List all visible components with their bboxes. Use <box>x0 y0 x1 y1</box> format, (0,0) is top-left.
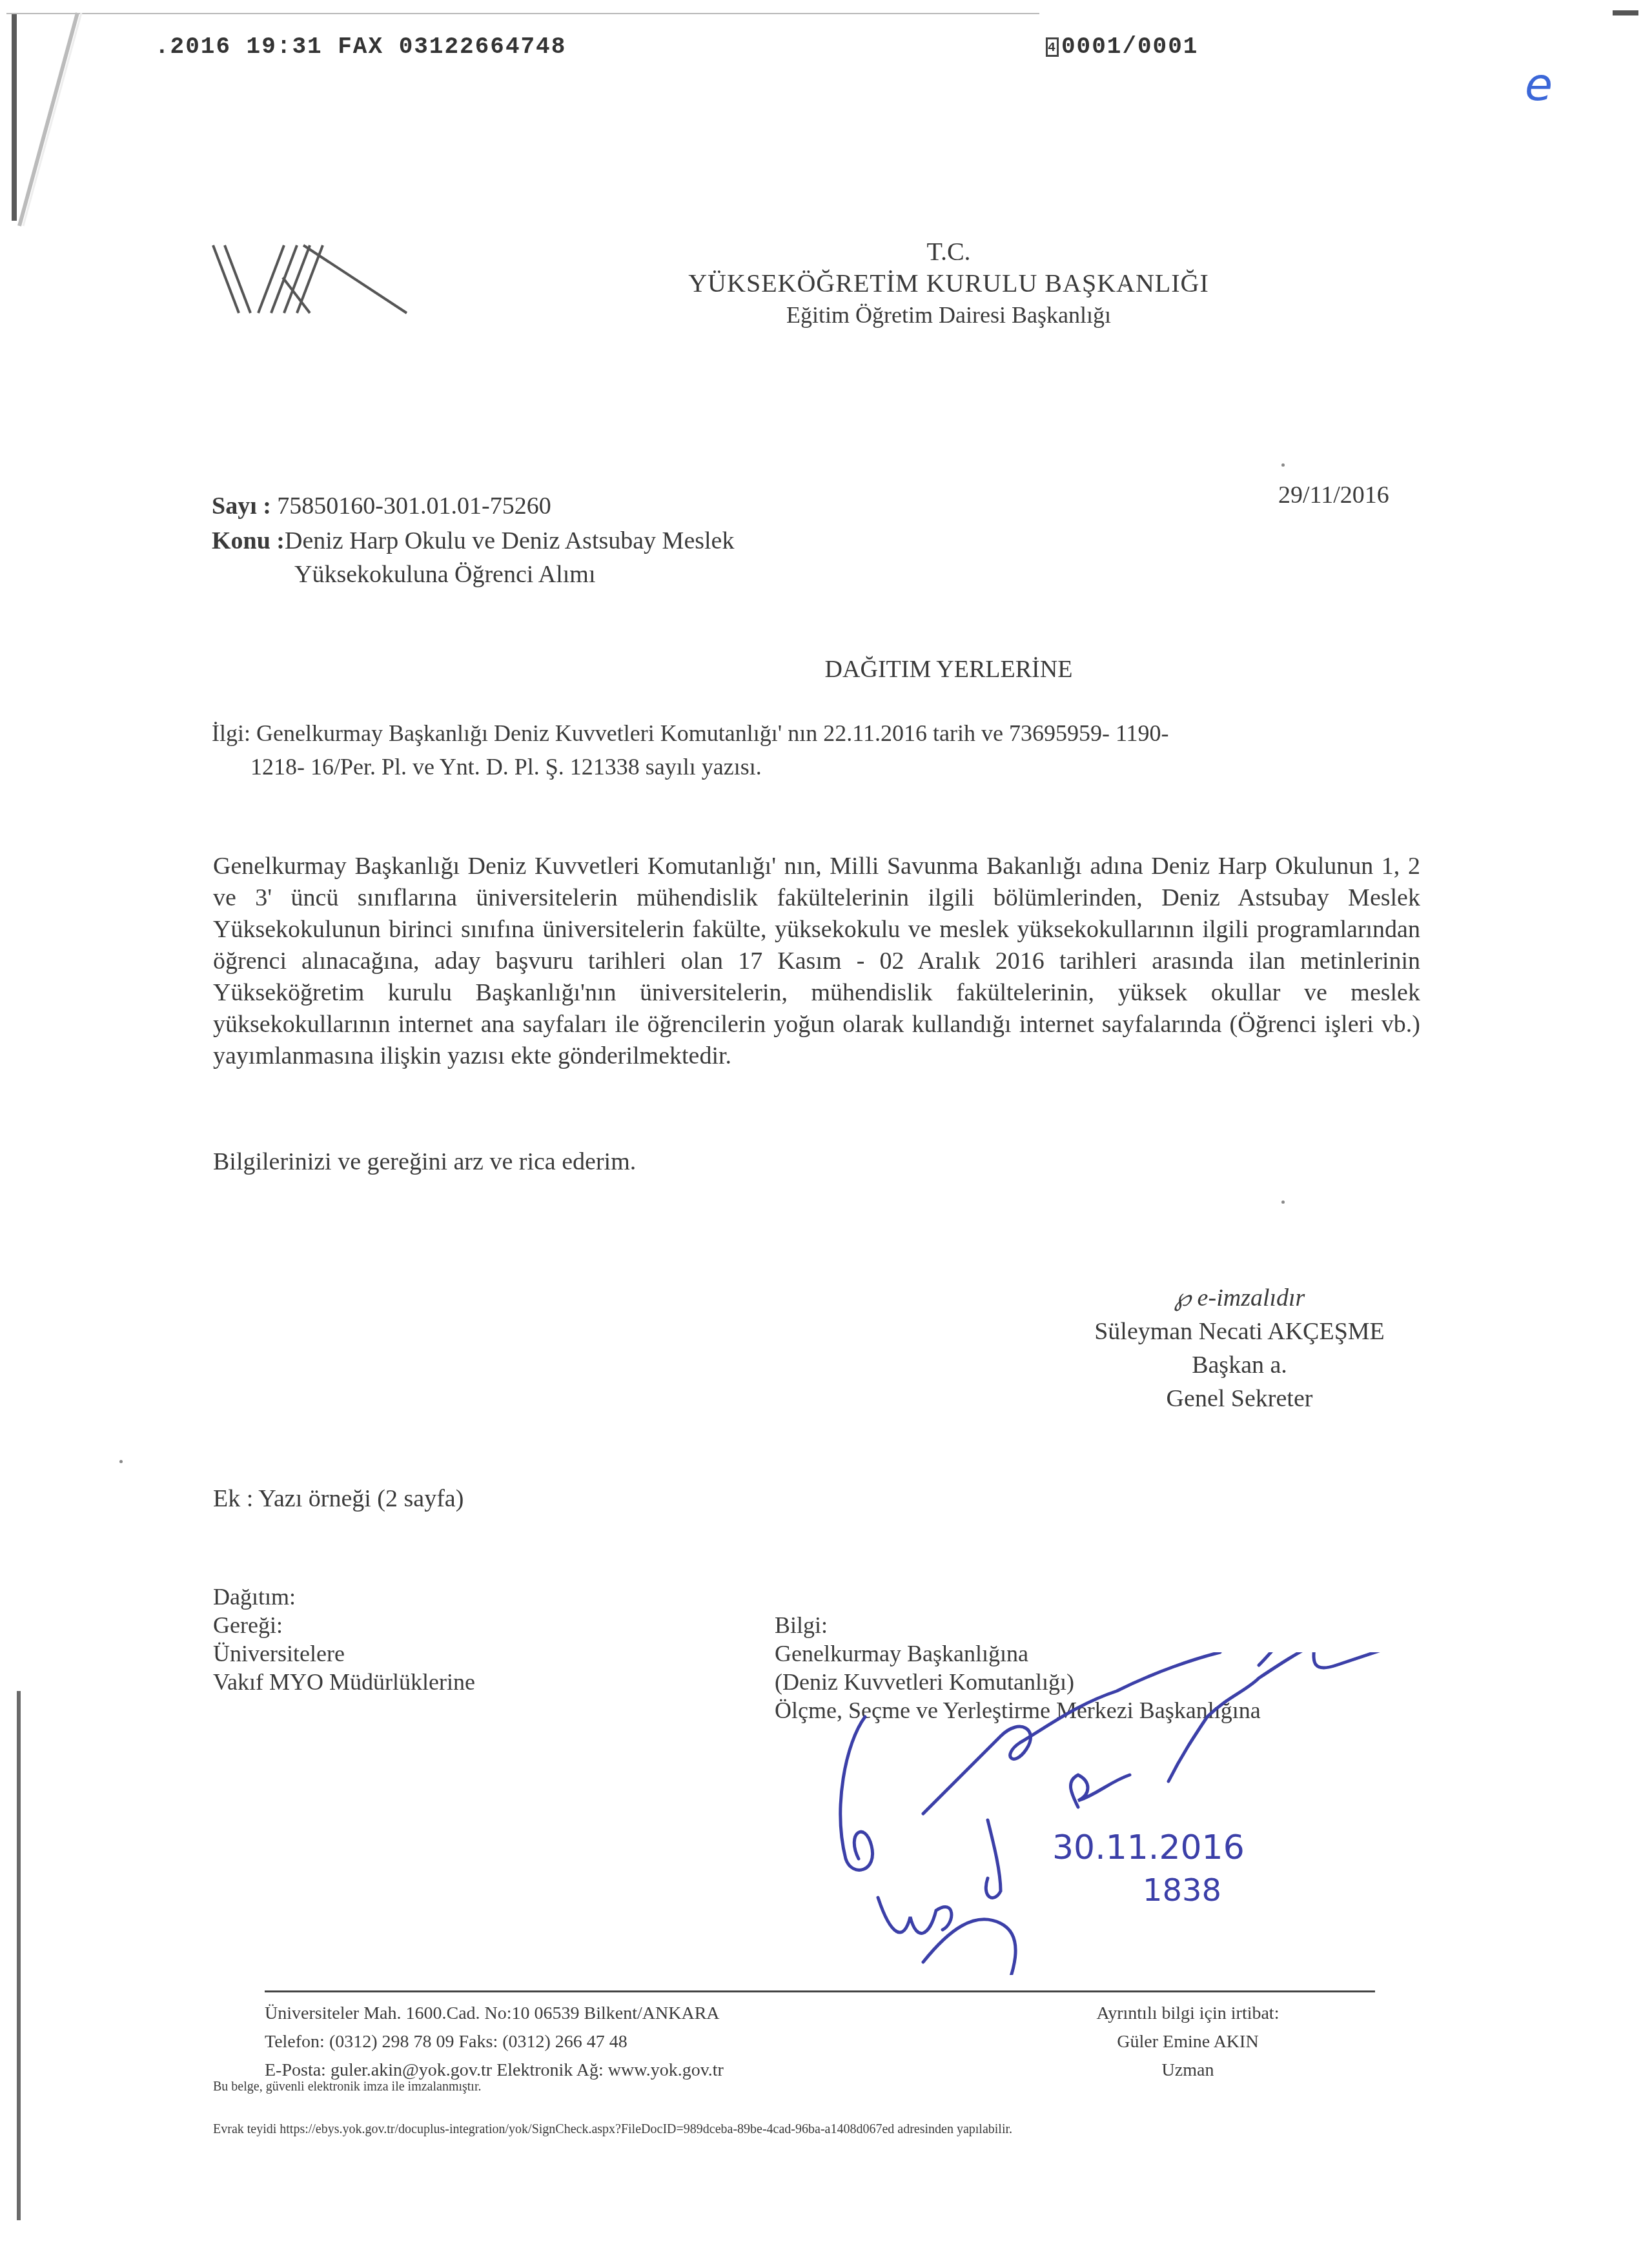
handwritten-mark: e <box>1525 58 1553 111</box>
subject: Konu :Deniz Harp Okulu ve Deniz Astsubay… <box>212 524 735 558</box>
fax-timestamp: .2016 19:31 FAX 03122664748 <box>155 34 566 60</box>
e-signature-line: ℘ e-imzalıdır <box>1039 1281 1440 1315</box>
letterhead-institution: YÜKSEKÖĞRETİM KURULU BAŞKANLIĞI <box>245 267 1652 299</box>
footer-address: Üniversiteler Mah. 1600.Cad. No:10 06539… <box>265 2000 724 2028</box>
reference: İlgi: Genelkurmay Başkanlığı Deniz Kuvve… <box>212 716 1419 784</box>
distribution-list: Dağıtım: Gereği: Üniversitelere Vakıf MY… <box>213 1583 475 1696</box>
subject-continued: Yüksekokuluna Öğrenci Alımı <box>294 558 595 591</box>
closing-line: Bilgilerinizi ve gereğini arz ve rica ed… <box>213 1148 636 1176</box>
scan-speck <box>1123 284 1127 287</box>
footer-divider <box>265 1990 1375 1992</box>
scan-edge-bar <box>17 1691 21 2220</box>
konu-value: Deniz Harp Okulu ve Deniz Astsubay Mesle… <box>285 527 735 554</box>
document-date: 29/11/2016 <box>1278 481 1389 509</box>
handwritten-annotation: 30.11.2016 1838 <box>807 1652 1517 1975</box>
page-count: 0001/0001 <box>1061 34 1198 60</box>
letterhead: T.C. YÜKSEKÖĞRETİM KURULU BAŞKANLIĞI Eği… <box>0 236 1652 330</box>
footer-contact-block: Ayrıntılı bilgi için irtibat: Güler Emin… <box>1085 2000 1291 2085</box>
scan-speck <box>1281 463 1285 467</box>
contact-label: Ayrıntılı bilgi için irtibat: <box>1085 2000 1291 2028</box>
scan-speck <box>1281 1200 1285 1204</box>
fax-page-indicator: 4 0001/0001 <box>1046 34 1198 60</box>
scan-speck <box>119 1460 123 1463</box>
distribution-item: Üniversitelere <box>213 1639 475 1668</box>
footer-address-block: Üniversiteler Mah. 1600.Cad. No:10 06539… <box>265 2000 724 2085</box>
signer-name: Süleyman Necati AKÇEŞME <box>1039 1315 1440 1348</box>
attachment-note: Ek : Yazı örneği (2 sayfa) <box>213 1484 464 1513</box>
info-label: Bilgi: <box>775 1611 1261 1639</box>
body-paragraph: Genelkurmay Başkanlığı Deniz Kuvvetleri … <box>213 851 1420 1072</box>
reference-line1: İlgi: Genelkurmay Başkanlığı Deniz Kuvve… <box>212 720 1169 746</box>
addressee-text: DAĞITIM YERLERİNE <box>825 656 1073 683</box>
signer-title: Başkan a. <box>1039 1348 1440 1382</box>
distribution-header: Dağıtım: <box>213 1583 475 1611</box>
scan-mark <box>1613 10 1638 15</box>
e-signature-label: e-imzalıdır <box>1198 1284 1305 1311</box>
signer-position: Genel Sekreter <box>1039 1382 1440 1415</box>
page-box-icon: 4 <box>1046 37 1059 57</box>
letterhead-department: Eğitim Öğretim Dairesi Başkanlığı <box>245 299 1652 330</box>
handwritten-date: 30.11.2016 <box>1052 1828 1245 1867</box>
reference-line2: 1218- 16/Per. Pl. ve Ynt. D. Pl. Ş. 1213… <box>212 750 1419 784</box>
esign-note: Bu belge, güvenli elektronik imza ile im… <box>213 2080 481 2094</box>
konu-label: Konu : <box>212 527 285 554</box>
sayi-label: Sayı : <box>212 492 271 520</box>
handwritten-number: 1838 <box>1143 1872 1221 1909</box>
footer-phone: Telefon: (0312) 298 78 09 Faks: (0312) 2… <box>265 2028 724 2056</box>
contact-title: Uzman <box>1085 2056 1291 2085</box>
action-label: Gereği: <box>213 1611 475 1639</box>
distribution-item: Vakıf MYO Müdürlüklerine <box>213 1668 475 1696</box>
verification-link[interactable]: Evrak teyidi https://ebys.yok.gov.tr/doc… <box>213 2122 1012 2137</box>
contact-name: Güler Emine AKIN <box>1085 2028 1291 2056</box>
addressee: DAĞITIM YERLERİNE <box>0 655 1652 683</box>
document-number: Sayı : 75850160-301.01.01-75260 <box>212 489 551 523</box>
letterhead-line1: T.C. <box>245 236 1652 267</box>
sayi-value: 75850160-301.01.01-75260 <box>271 492 551 520</box>
e-signature-icon: ℘ <box>1174 1284 1192 1311</box>
signature-block: ℘ e-imzalıdır Süleyman Necati AKÇEŞME Ba… <box>1039 1281 1440 1415</box>
fold-line <box>0 0 168 258</box>
